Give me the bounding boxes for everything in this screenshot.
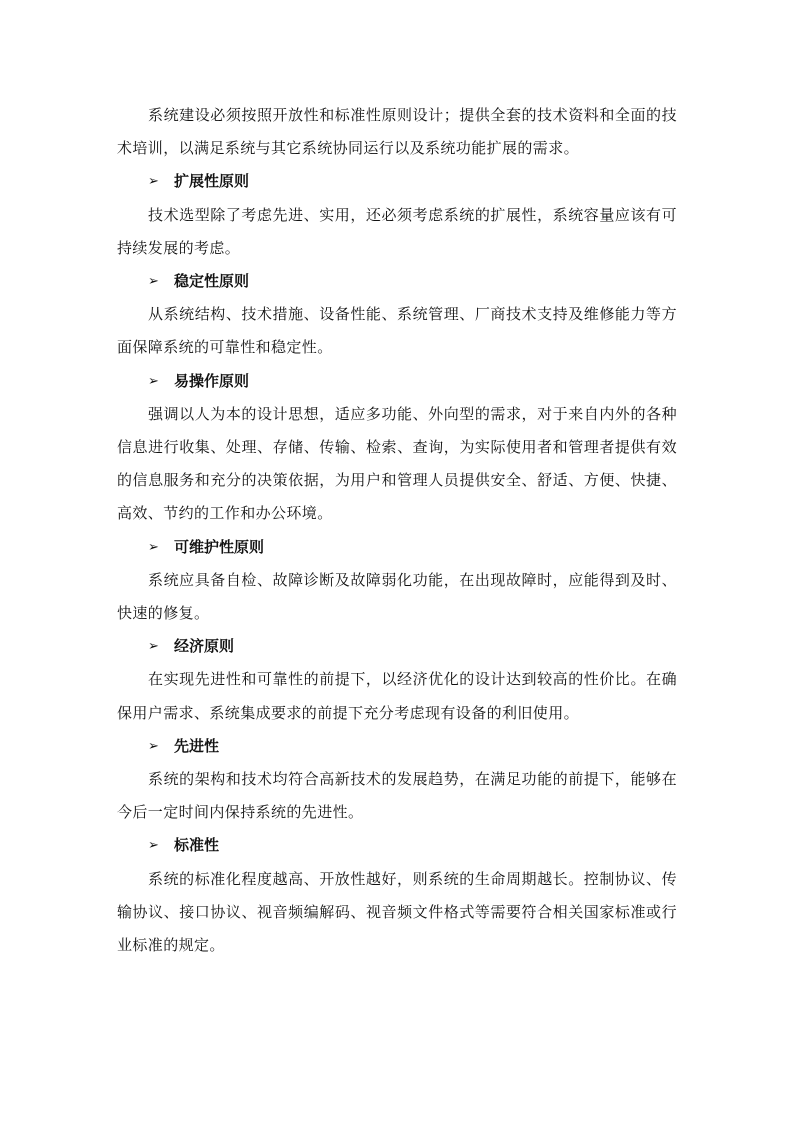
section-body: 在实现先进性和可靠性的前提下，以经济优化的设计达到较高的性价比。在确保用户需求、…	[117, 663, 677, 729]
heading-text: 可维护性原则	[174, 531, 264, 564]
arrow-bullet-icon: ➢	[148, 531, 174, 564]
intro-paragraph: 系统建设必须按照开放性和标准性原则设计；提供全套的技术资料和全面的技术培训，以满…	[117, 99, 677, 165]
arrow-bullet-icon: ➢	[148, 265, 174, 298]
heading-text: 标准性	[174, 829, 219, 862]
section-body: 强调以人为本的设计思想，适应多功能、外向型的需求，对于来自内外的各种信息进行收集…	[117, 398, 677, 531]
section-body: 技术选型除了考虑先进、实用，还必须考虑系统的扩展性，系统容量应该有可持续发展的考…	[117, 199, 677, 265]
heading-text: 稳定性原则	[174, 265, 249, 298]
section-body: 系统的架构和技术均符合高新技术的发展趋势，在满足功能的前提下，能够在今后一定时间…	[117, 763, 677, 829]
section-heading-advanced: ➢ 先进性	[117, 730, 677, 763]
section-body: 系统应具备自检、故障诊断及故障弱化功能，在出现故障时，应能得到及时、快速的修复。	[117, 564, 677, 630]
arrow-bullet-icon: ➢	[148, 165, 174, 198]
section-heading-scalability: ➢ 扩展性原则	[117, 165, 677, 198]
heading-text: 先进性	[174, 730, 219, 763]
section-body: 系统的标准化程度越高、开放性越好，则系统的生命周期越长。控制协议、传输协议、接口…	[117, 863, 677, 963]
section-heading-maintainability: ➢ 可维护性原则	[117, 531, 677, 564]
section-heading-standard: ➢ 标准性	[117, 829, 677, 862]
arrow-bullet-icon: ➢	[148, 730, 174, 763]
arrow-bullet-icon: ➢	[148, 829, 174, 862]
arrow-bullet-icon: ➢	[148, 365, 174, 398]
heading-text: 易操作原则	[174, 365, 249, 398]
document-page: 系统建设必须按照开放性和标准性原则设计；提供全套的技术资料和全面的技术培训，以满…	[117, 99, 677, 962]
section-heading-stability: ➢ 稳定性原则	[117, 265, 677, 298]
heading-text: 经济原则	[174, 630, 234, 663]
arrow-bullet-icon: ➢	[148, 630, 174, 663]
section-heading-usability: ➢ 易操作原则	[117, 365, 677, 398]
section-body: 从系统结构、技术措施、设备性能、系统管理、厂商技术支持及维修能力等方面保障系统的…	[117, 298, 677, 364]
heading-text: 扩展性原则	[174, 165, 249, 198]
section-heading-economy: ➢ 经济原则	[117, 630, 677, 663]
